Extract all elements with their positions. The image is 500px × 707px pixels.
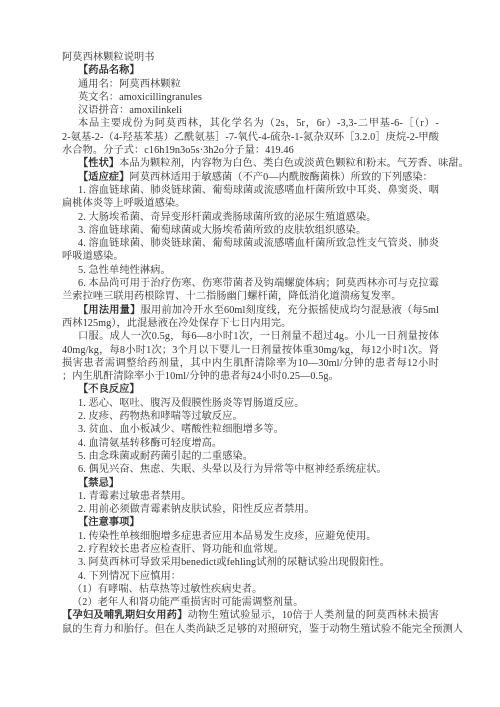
document-line: 3. 阿莫西林可导致采用benedict或fehling试剂的尿糖试验出现假阳性… [78,556,439,569]
document-line: 3. 溶血链球菌、葡萄球菌或大肠埃希菌所致的皮肤软组织感染。 [78,224,439,237]
section-line: 【孕妇及哺乳期妇女用药】动物生殖试验显示，10倍于人类剂量的阿莫西林未损害大鼠和… [62,609,439,622]
document-line: 2. 用前必须做青霉素钠皮肤试验，阳性反应者禁用。 [78,503,439,516]
document-line: 4. 下列情况下应慎用： [78,570,439,583]
document-line: 鼠的生育力和胎仔。但在人类尚缺乏足够的对照研究，鉴于动物生殖试验不能完全预测人 [62,623,439,636]
section-line: 【适应症】阿莫西林适用于敏感菌（不产0—内酰胺酶菌株）所致的下列感染： [78,171,439,184]
document-line: 1. 恶心、呕吐、腹泻及假膜性肠炎等胃肠道反应。 [78,397,439,410]
document-line: 5. 急性单纯性淋病。 [78,264,439,277]
section-heading: 【不良反应】 [78,384,140,395]
document-line: 2. 疗程较长患者应检查肝、肾功能和血常规。 [78,543,439,556]
document-line: 1. 青霉素过敏患者禁用。 [78,490,439,503]
document-line: 4. 溶血链球菌、肺炎链球菌、葡萄球菌或流感嗜血杆菌所致急性支气管炎、肺炎等下 [78,237,439,250]
document-line: 5. 由念珠菌或耐药菌引起的二重感染。 [78,450,439,463]
document-line: ；内生肌酐清除率小于10ml/分钟的患者每24小时0.25—0.5g。 [62,370,439,383]
document-line: 1. 溶血链球菌、肺炎链球菌、葡萄球菌或流感嗜血杆菌所致中耳炎、鼻窦炎、咽炎、 [78,184,439,197]
document-line: 3. 贫血、血小板减少、嗜酸性粒细胞增多等。 [78,423,439,436]
section-heading: 【孕妇及哺乳期妇女用药】 [62,610,188,621]
section-line: 【性状】本品为颗粒剂，内容物为白色、类白色或淡黄色颗粒和粉末。气芳香、味甜。 [78,157,439,170]
document-line: 口服。成人一次0.5g，每6—8小时1次，一日剂量不超过4g。小儿一日剂量按体重… [78,330,439,343]
document-line: 6. 本品尚可用于治疗伤寒、伤寒带菌者及钩端螺旋体病；阿莫西林亦可与克拉霉素、 [78,277,439,290]
section-heading: 【用法用量】 [78,305,141,316]
section-heading: 【注意事项】 [78,517,140,528]
document-title: 阿莫西林颗粒说明书 [62,51,439,64]
document-page: 阿莫西林颗粒说明书 【药品名称】通用名：阿莫西林颗粒英文名：amoxicilli… [0,0,500,707]
document-line: （1）有哮喘、枯草热等过敏性疾病史者。 [72,583,439,596]
document-body: 阿莫西林颗粒说明书 【药品名称】通用名：阿莫西林颗粒英文名：amoxicilli… [62,51,439,636]
document-line: 呼吸道感染。 [62,250,439,263]
document-line: 2. 皮疹、药物热和哮喘等过敏反应。 [78,410,439,423]
section-line: 【用法用量】服用前加冷开水至60ml刻度线，充分振摇使成均匀混悬液（每5ml含阿… [78,304,439,317]
document-line: 本品主要成份为阿莫西林，其化学名为（2s，5r，6r）-3,3-二甲基-6-［（… [78,117,439,130]
document-line: 40mg/kg，每8小时1次；3个月以下婴儿一日剂量按体重30mg/kg，每12… [62,344,439,357]
section-line: 【不良反应】 [78,383,439,396]
document-line: 兰索拉唑三联用药根除胃、十二指肠幽门螺杆菌，降低消化道溃疡复发率。 [62,290,439,303]
section-heading: 【药品名称】 [78,65,140,76]
document-line: 6. 偶见兴奋、焦虑、失眠、头晕以及行为异常等中枢神经系统症状。 [78,463,439,476]
section-heading: 【禁忌】 [78,478,119,489]
document-line: 4. 血清氨基转移酶可轻度增高。 [78,437,439,450]
document-line: 水合物。分子式：c16h19n3o5s·3h2o分子量：419.46 [62,144,439,157]
section-line: 【注意事项】 [78,516,439,529]
section-heading: 【性状】 [78,158,119,169]
document-line: （2）老年人和肾功能严重损害时可能需调整剂量。 [72,596,439,609]
section-line: 【药品名称】 [78,64,439,77]
section-line: 【禁忌】 [78,477,439,490]
document-line: 扁桃体炎等上呼吸道感染。 [62,197,439,210]
document-line: 1. 传染性单核细胞增多症患者应用本品易发生皮疹，应避免使用。 [78,530,439,543]
document-line: 损害患者需调整给药剂量，其中内生肌酐清除率为10—30ml/分钟的患者每12小时… [62,357,439,370]
document-line: 2-氨基-2-（4-羟基苯基）乙酰氨基］-7-氧代-4-硫杂-1-氮杂双环［3.… [62,131,439,144]
document-line: 2. 大肠埃希菌、奇异变形杆菌或粪肠球菌所致的泌尿生殖道感染。 [78,211,439,224]
document-line: 英文名：amoxicillingranules [78,91,439,104]
document-line: 汉语拼音：amoxilinkeli [78,104,439,117]
document-line: 西林125mg），此混悬液在冷处保存下七日内用完。 [62,317,439,330]
document-line: 通用名：阿莫西林颗粒 [78,78,439,91]
section-heading: 【适应症】 [78,172,129,183]
